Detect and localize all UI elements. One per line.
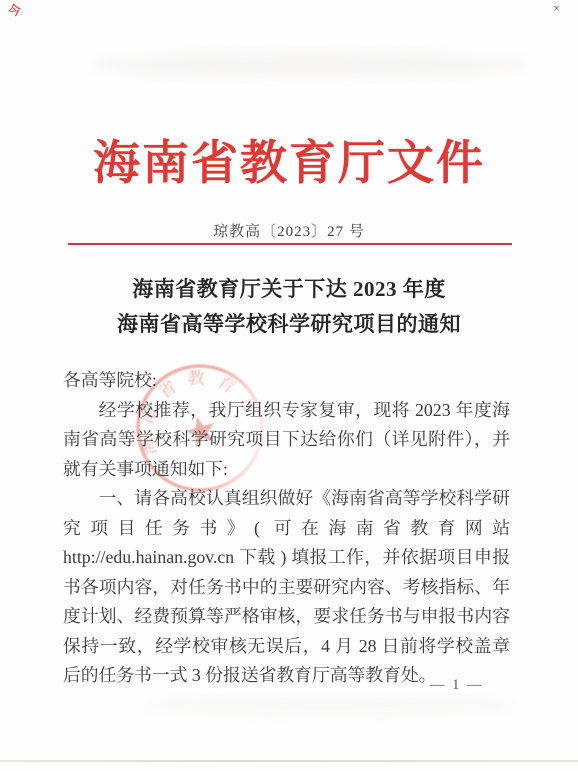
letterhead-org-title: 海南省教育厅文件	[0, 126, 578, 193]
paragraph-2: 一、请各高校认真组织做好《海南省高等学校科学研究项目任务书》( 可在海南省教育网…	[63, 484, 510, 691]
page-scan-edge	[0, 760, 578, 762]
document-title-line2: 海南省高等学校科学研究项目的通知	[0, 307, 578, 342]
document-number: 琼教高〔2023〕27 号	[0, 220, 578, 241]
document-body: 各高等院校: 经学校推荐，我厅组织专家复审，现将 2023 年度海南省高等学校科…	[63, 366, 510, 691]
scan-noise-artifact	[140, 698, 520, 714]
letterhead-red-rule	[68, 243, 512, 245]
scanned-document-page: 今 × 海南省教育厅文件 琼教高〔2023〕27 号 海南省教育厅关于下达 20…	[0, 0, 578, 771]
pen-mark-top-right: ×	[553, 2, 560, 14]
salutation: 各高等院校:	[63, 366, 510, 396]
pen-mark-top-left: 今	[7, 3, 22, 18]
page-number: — 1 —	[430, 677, 484, 694]
document-title: 海南省教育厅关于下达 2023 年度 海南省高等学校科学研究项目的通知	[0, 272, 578, 342]
scan-noise-artifact	[90, 52, 530, 78]
paragraph-1: 经学校推荐，我厅组织专家复审，现将 2023 年度海南省高等学校科学研究项目下达…	[63, 396, 510, 485]
document-title-line1: 海南省教育厅关于下达 2023 年度	[0, 272, 578, 307]
